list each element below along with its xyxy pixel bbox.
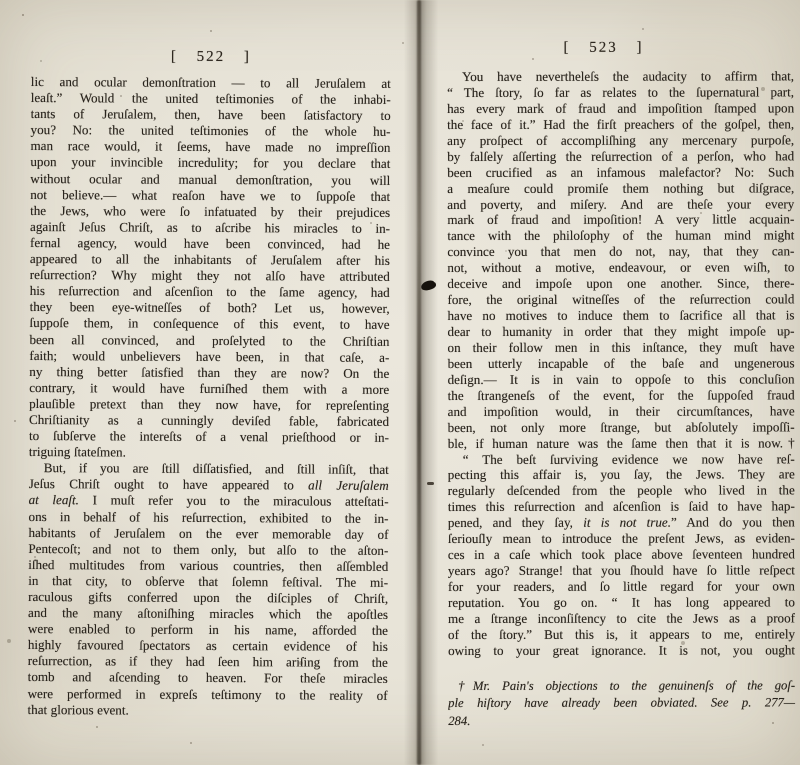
book-scan: [ 522 ] lic and ocular demonſtration — t… <box>0 0 800 765</box>
text-line: ons in behalf of his reſurrection, exhib… <box>29 509 389 527</box>
text-line: of the ſtory.” But this is, it appears t… <box>448 626 795 643</box>
left-page: [ 522 ] lic and ocular demonſtration — t… <box>27 48 391 720</box>
text-line: againſt Jeſus Chriſt, as to aſcribe his … <box>30 219 390 237</box>
text-line: 284. <box>448 712 795 730</box>
text-line: the face of it.” Had the firſt preachers… <box>447 116 794 133</box>
text-line: me a ſtrange inconſiſtency to cite the J… <box>448 610 795 627</box>
text-line: leaſt.” Would the united teſtimonies of … <box>31 90 391 108</box>
page-number-right: [ 523 ] <box>447 39 794 57</box>
text-line: deceive and impoſe upon one another. Sin… <box>447 276 794 293</box>
text-line: But, if you are ſtill diſſatisfied, and … <box>29 460 389 478</box>
text-line: ple hiſtory have already been obviated. … <box>448 695 795 713</box>
text-line: times this reſurrection and aſcenſion is… <box>448 499 795 516</box>
text-line: been, not only more ſtrange, but abſolut… <box>448 419 795 436</box>
binding-crease <box>417 0 421 765</box>
text-line: upon your invincible incredulity; for yo… <box>30 154 390 172</box>
text-line: reputation. You go on. “ It has long app… <box>448 594 795 611</box>
text-line: appeared to all the inhabitants of Jeruſ… <box>30 251 390 269</box>
text-line: been all convinced, and proſelyted to th… <box>29 331 389 349</box>
text-line: on their follow men in this inſtance, th… <box>448 339 795 356</box>
text-line: reſurrection? Why might they not alſo ha… <box>30 267 390 285</box>
text-line: iſhed multitudes from various countries,… <box>28 557 388 575</box>
text-line: convince you that men do not, nay, that … <box>447 244 794 261</box>
text-line: been utterly incapable of the baſe and u… <box>448 355 795 372</box>
text-line: any proſpect of accompliſhing any mercen… <box>447 132 794 149</box>
text-line: have no motives to induce them to ſacrif… <box>447 307 794 324</box>
paper-speckles <box>0 0 2 2</box>
text-line: raculous gifts conferred upon the diſcip… <box>28 589 388 607</box>
text-line: Chriſtianity as a cunningly deviſed fabl… <box>29 412 389 430</box>
text-line: highly favoured ſpectators as certain ev… <box>28 637 388 655</box>
text-line: and impoſition would, in their circumſta… <box>448 403 795 420</box>
text-line: by falſely aſſerting the reſurrection of… <box>447 148 794 165</box>
text-line: the Jews, who were ſo infatuated by thei… <box>30 203 390 221</box>
text-line: †Mr. Pain's objections to the genuinenſs… <box>448 677 795 695</box>
text-line: pened, and they ſay, it is not true.” An… <box>448 515 795 532</box>
text-line: has every mark of fraud and impoſition ſ… <box>447 100 794 117</box>
text-line: and the many aſtoniſhing miracles which … <box>28 605 388 623</box>
text-line: a meaſure could promiſe them nothing but… <box>447 180 794 197</box>
text-line: you? No: the united teſtimonies of the w… <box>31 122 391 140</box>
text-line: tants of Jeruſalem, then, have been ſati… <box>31 106 391 124</box>
text-line: man race would, it ſeems, have made no i… <box>30 138 390 156</box>
page-number-left: [ 522 ] <box>31 48 391 67</box>
text-line: regularly deſcended from the people who … <box>448 483 795 500</box>
text-line: owing to your great ignorance. It is not… <box>448 642 795 659</box>
text-line: were enabled to perform in his name, aff… <box>28 621 388 639</box>
text-line: tance with the philoſophy of the human m… <box>447 228 794 245</box>
text-line: lic and ocular demonſtration — to all Je… <box>31 74 391 92</box>
text-line: at leaſt. I muſt refer you to the miracu… <box>29 492 389 510</box>
text-line: in that city, to obſerve that ſolemn feſ… <box>28 573 388 591</box>
text-line: tomb and aſcending to heaven. For theſe … <box>28 669 388 687</box>
text-line: to ſubſerve the intereſts of a venal pri… <box>29 428 389 446</box>
text-line: ſuppoſe them, in conſequence of this eve… <box>30 315 390 333</box>
text-line: You have nevertheleſs the audacity to af… <box>447 68 794 85</box>
text-line: fernal agency, would have been convinced… <box>30 235 390 253</box>
text-line: for your readers, and ſo little regard f… <box>448 578 795 595</box>
text-line: fore, the original witneſſes of the reſu… <box>447 292 794 309</box>
text-line: habitants of Jeruſalem on the ever memor… <box>28 525 388 543</box>
text-line: not believe.— what reaſon have we to ſup… <box>30 187 390 205</box>
text-line: the ſtrangeneſs of the event, for the ſu… <box>448 387 795 404</box>
text-line: pecting this affair is, you ſay, the Jew… <box>448 467 795 484</box>
text-line: and poverty, and miſery. And are theſe y… <box>447 196 794 213</box>
left-page-text: lic and ocular demonſtration — to all Je… <box>27 74 390 720</box>
text-line: “ The ſtory, ſo far as relates to the ſu… <box>447 84 794 101</box>
text-line: Jeſus Chriſt ought to have appeared to a… <box>29 476 389 494</box>
text-line: ces in a caſe which took place above ſev… <box>448 547 795 564</box>
text-line: without ocular and manual demonſtration,… <box>30 171 390 189</box>
text-line: “ The beſt ſurviving evidence we now hav… <box>448 451 795 468</box>
text-line: reſurrection, as if they had ſeen him ar… <box>28 653 388 671</box>
text-line: plauſible pretext than they now have, fo… <box>29 396 389 414</box>
right-page-text: You have nevertheleſs the audacity to af… <box>447 68 795 658</box>
text-line: faith; would unbelievers have been, in t… <box>29 348 389 366</box>
text-line: been crucified as an infamous malefactor… <box>447 164 794 181</box>
text-line: ble, if human nature was the ſame then t… <box>448 435 795 452</box>
right-page: [ 523 ] You have nevertheleſs the audaci… <box>447 39 795 730</box>
text-line: Pentecoſt; and not to them only, but alſ… <box>28 541 388 559</box>
text-line: that glorious event. <box>27 702 387 720</box>
text-line: triguing ſtateſmen. <box>29 444 389 462</box>
binding-gutter-shadow <box>404 0 438 765</box>
text-line: they been eye-witneſſes of both? Let us,… <box>30 299 390 317</box>
text-line: years ago? Strange! that you ſhould have… <box>448 562 795 579</box>
text-line: ny thing better ſatisfied than they are … <box>29 364 389 382</box>
text-line: were performed in expreſs teſtimony to t… <box>28 686 388 704</box>
footnote: †Mr. Pain's objections to the genuinenſs… <box>448 677 795 730</box>
text-line: contrary, it would have furniſhed them w… <box>29 380 389 398</box>
text-line: mark of fraud and impoſition! A very lit… <box>447 212 794 229</box>
text-line: ſeriouſly mean to introduce the preſent … <box>448 531 795 548</box>
text-line: deſign.— It is in vain to oppoſe to this… <box>448 371 795 388</box>
text-line: not, without a motive, endeavour, or eve… <box>447 260 794 277</box>
text-line: dear to humanity in order that they migh… <box>447 323 794 340</box>
text-line: his reſurrection and aſcenſion to the ſa… <box>30 283 390 301</box>
margin-mark <box>427 482 434 485</box>
